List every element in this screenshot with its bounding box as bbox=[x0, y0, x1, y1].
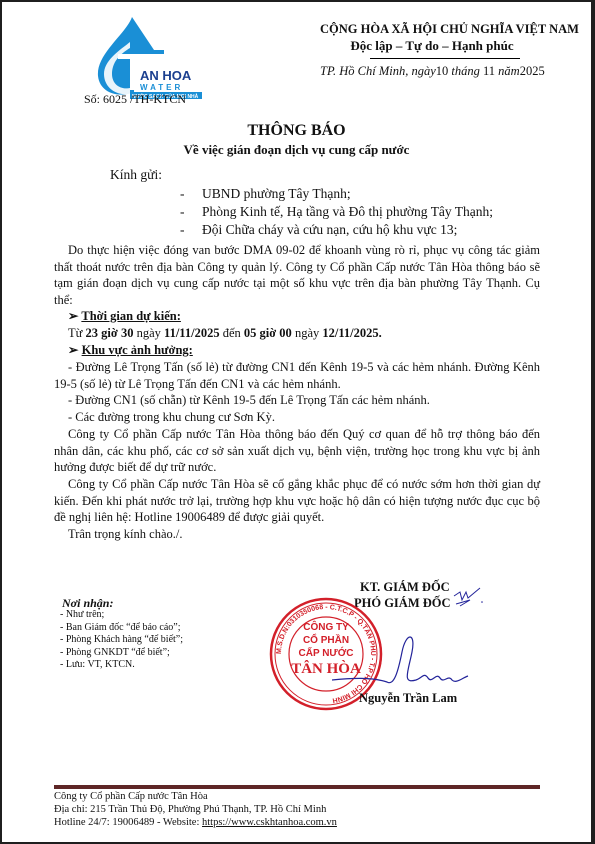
website-link[interactable]: https://www.cskhtanhoa.com.vn bbox=[202, 817, 337, 828]
arrow-bullet-icon: ➢ bbox=[68, 309, 81, 323]
area-heading: ➢ Khu vực ảnh hưởng: bbox=[54, 342, 540, 359]
footer-divider bbox=[54, 785, 540, 789]
handwritten-signature-icon bbox=[332, 622, 512, 702]
tanhoa-water-logo-icon: AN HOA WATER NƯỚC SẠCH CỦA MỌI NHÀ bbox=[90, 14, 202, 102]
national-motto: Độc lập – Tự do – Hạnh phúc bbox=[332, 38, 532, 54]
hotline-paragraph: Công ty Cổ phần Cấp nước Tân Hòa sẽ cố g… bbox=[54, 476, 540, 526]
arrow-bullet-icon: ➢ bbox=[68, 343, 82, 357]
area-item: - Các đường trong khu chung cư Sơn Kỳ. bbox=[54, 409, 540, 426]
svg-text:WATER: WATER bbox=[140, 83, 183, 92]
intro-paragraph: Do thực hiện việc đóng van bước DMA 09-0… bbox=[54, 242, 540, 308]
time-range: Từ 23 giờ 30 ngày 11/11/2025 đến 05 giờ … bbox=[54, 325, 540, 342]
document-title: THÔNG BÁO bbox=[2, 122, 591, 140]
closing: Trân trọng kính chào./. bbox=[54, 526, 540, 543]
place-date: TP. Hồ Chí Minh, ngày10 tháng 11 năm2025 bbox=[320, 64, 545, 79]
national-title: CỘNG HÒA XÃ HỘI CHỦ NGHĨA VIỆT NAM bbox=[320, 22, 579, 37]
area-item: - Đường CN1 (số chẵn) từ Kênh 19-5 đến L… bbox=[54, 392, 540, 409]
area-item: - Đường Lê Trọng Tấn (số lẻ) từ đường CN… bbox=[54, 359, 540, 392]
footer-company: Công ty Cổ phần Cấp nước Tân Hòa bbox=[54, 790, 337, 803]
recipient-item: -Đội Chữa cháy và cứu nạn, cứu hộ khu vự… bbox=[180, 222, 457, 238]
recipient-item: -Phòng Kinh tế, Hạ tầng và Đô thị phường… bbox=[180, 204, 493, 220]
footer-contact: Hotline 24/7: 19006489 - Website: https:… bbox=[54, 816, 337, 829]
distribution-list: - Như trên; - Ban Giám đốc “để báo cáo”;… bbox=[60, 609, 183, 672]
document-page: AN HOA WATER NƯỚC SẠCH CỦA MỌI NHÀ Số: 6… bbox=[2, 2, 591, 842]
notify-paragraph: Công ty Cổ phần Cấp nước Tân Hòa thông b… bbox=[54, 426, 540, 476]
motto-underline bbox=[370, 58, 520, 59]
signer-name: Nguyễn Trần Lam bbox=[359, 691, 457, 706]
footer: Công ty Cổ phần Cấp nước Tân Hòa Địa chỉ… bbox=[54, 790, 337, 829]
document-subtitle: Về việc gián đoạn dịch vụ cung cấp nước bbox=[2, 142, 591, 158]
svg-text:AN HOA: AN HOA bbox=[140, 68, 192, 83]
time-heading: ➢ Thời gian dự kiến: bbox=[54, 308, 540, 325]
document-number: Số: 6025 /TH-KTCN bbox=[84, 92, 186, 107]
initial-signature-icon bbox=[450, 586, 490, 610]
signer-title: KT. GIÁM ĐỐC bbox=[360, 580, 450, 595]
recipients-label: Kính gửi: bbox=[110, 167, 162, 183]
footer-address: Địa chỉ: 215 Trần Thủ Độ, Phường Phú Thạ… bbox=[54, 803, 337, 816]
recipient-item: -UBND phường Tây Thạnh; bbox=[180, 186, 351, 202]
